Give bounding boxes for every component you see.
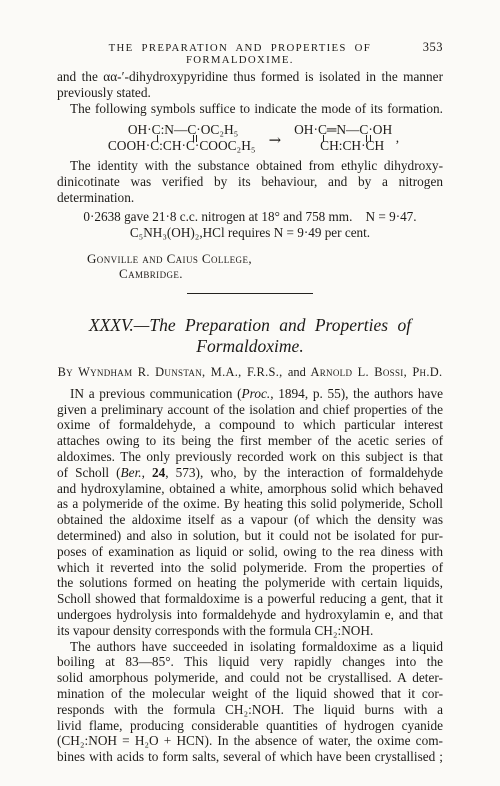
text-line: responds with the formula CH₂:NOH. The l… [57,702,443,718]
chemical-equation: OH·C:N—C·OC₂H₅ COOH·C:CH·C·COOC₂H₅ → OH·… [57,122,443,154]
text-line: its vapour density corresponds with the … [57,623,443,639]
formula-comma: , [396,130,399,146]
text-line: C₅NH₃(OH)₂,HCl requires N = 9·49 per cen… [57,225,443,242]
text-line: bines with acids to form salts, several … [57,749,443,765]
byline-authors-left: By Wyndham R. Dunstan, M.A., F.R.S., [58,365,288,379]
text-line: 0·2638 gave 21·8 c.c. nitrogen at 18° an… [57,209,443,226]
signature-college: Gonville and Caius College, [57,251,443,266]
journal-page: THE PREPARATION AND PROPERTIES OF FORMAL… [0,0,500,786]
intro-paragraph: IN a previous communication (Proc., 1894… [57,386,443,639]
text-line: determined) and also in solution, but it… [57,528,443,544]
formula-top-line: OH·C═N—C·OH [294,122,392,138]
text-line: The authors have succeeded in isolating … [57,639,443,655]
text-line: boiling at 83—85°. This liquid very rapi… [57,654,443,670]
text-line: obtained the aldoxime itself as a vapour… [57,512,443,528]
text-line: the solutions formed on heating the poly… [57,575,443,591]
article-byline: By Wyndham R. Dunstan, M.A., F.R.S., and… [57,365,443,380]
text-line: Formaldoxime. [57,336,443,358]
running-head: THE PREPARATION AND PROPERTIES OF FORMAL… [57,40,443,53]
text-line: undergoes hydrolysis into formaldehyde a… [57,607,443,623]
reaction-arrow: → [269,128,282,148]
text-line: given a preliminary account of the isola… [57,402,443,418]
text-line: poses of examination as liquid or solid,… [57,544,443,560]
symbols-paragraph: The following symbols suffice to indicat… [57,101,443,117]
text-line: (CH₂:NOH = H₂O + HCN). In the absence of… [57,733,443,749]
single-bond [157,135,158,142]
single-bond [323,135,324,142]
text-line: and hydroxylamine, obtained a white, amo… [57,481,443,497]
text-line: livid flame, producing considerable quan… [57,718,443,734]
text-line: as a polymeride of the oxime. By heating… [57,496,443,512]
text-line: oxime of formaldehyde, a compound to whi… [57,417,443,433]
text-line: mination of the molecular weight of the … [57,686,443,702]
text-line: dinicotinate was verified by its behavio… [57,174,443,190]
text-line: Scholl showed that formaldoxime is a pow… [57,591,443,607]
running-head-title: THE PREPARATION AND PROPERTIES OF FORMAL… [57,42,423,66]
page-number: 353 [423,40,443,55]
formula-bottom-line: COOH·C:CH·C·COOC₂H₅ [108,138,256,154]
identity-paragraph: The identity with the substance obtained… [57,158,443,205]
double-bond [193,135,197,142]
text-line: solid amorphous polymeride, and could no… [57,670,443,686]
formula-bottom-line: CH:CH·CH [294,138,392,154]
text-line: of Scholl (Ber., 24, 573), who, by the i… [57,465,443,481]
text-line: The identity with the substance obtained… [57,158,443,174]
text-line: attaches owing to its being the first me… [57,433,443,449]
text-line: previously stated. [57,85,443,101]
left-formula: OH·C:N—C·OC₂H₅ COOH·C:CH·C·COOC₂H₅ [108,122,256,154]
text-line: aldoximes. The only previously recorded … [57,449,443,465]
text-line: XXXV.—The Preparation and Properties of [57,315,443,337]
text-line: and the αα-′-dihydroxypyridine thus form… [57,69,443,85]
article-title: XXXV.—The Preparation and Properties ofF… [57,315,443,358]
text-line: which it reverted into the solid polymer… [57,560,443,576]
analysis-block: 0·2638 gave 21·8 c.c. nitrogen at 18° an… [57,209,443,242]
formula-top-line: OH·C:N—C·OC₂H₅ [108,122,256,138]
double-bond [366,135,370,142]
text-line: IN a previous communication (Proc., 1894… [57,386,443,402]
continuation-paragraph: and the αα-′-dihydroxypyridine thus form… [57,69,443,101]
text-block: THE PREPARATION AND PROPERTIES OF FORMAL… [57,40,443,765]
right-formula: OH·C═N—C·OH CH:CH·CH , [294,122,392,154]
signature-city: Cambridge. [57,266,443,281]
second-paragraph: The authors have succeeded in isolating … [57,639,443,765]
byline-authors-right: Arnold L. Bossi, Ph.D. [306,365,443,379]
section-divider [187,293,313,294]
text-line: determination. [57,190,443,206]
signature-block: Gonville and Caius College, Cambridge. [57,251,443,281]
text-line: The following symbols suffice to indicat… [57,101,443,117]
byline-and: and [288,365,306,379]
